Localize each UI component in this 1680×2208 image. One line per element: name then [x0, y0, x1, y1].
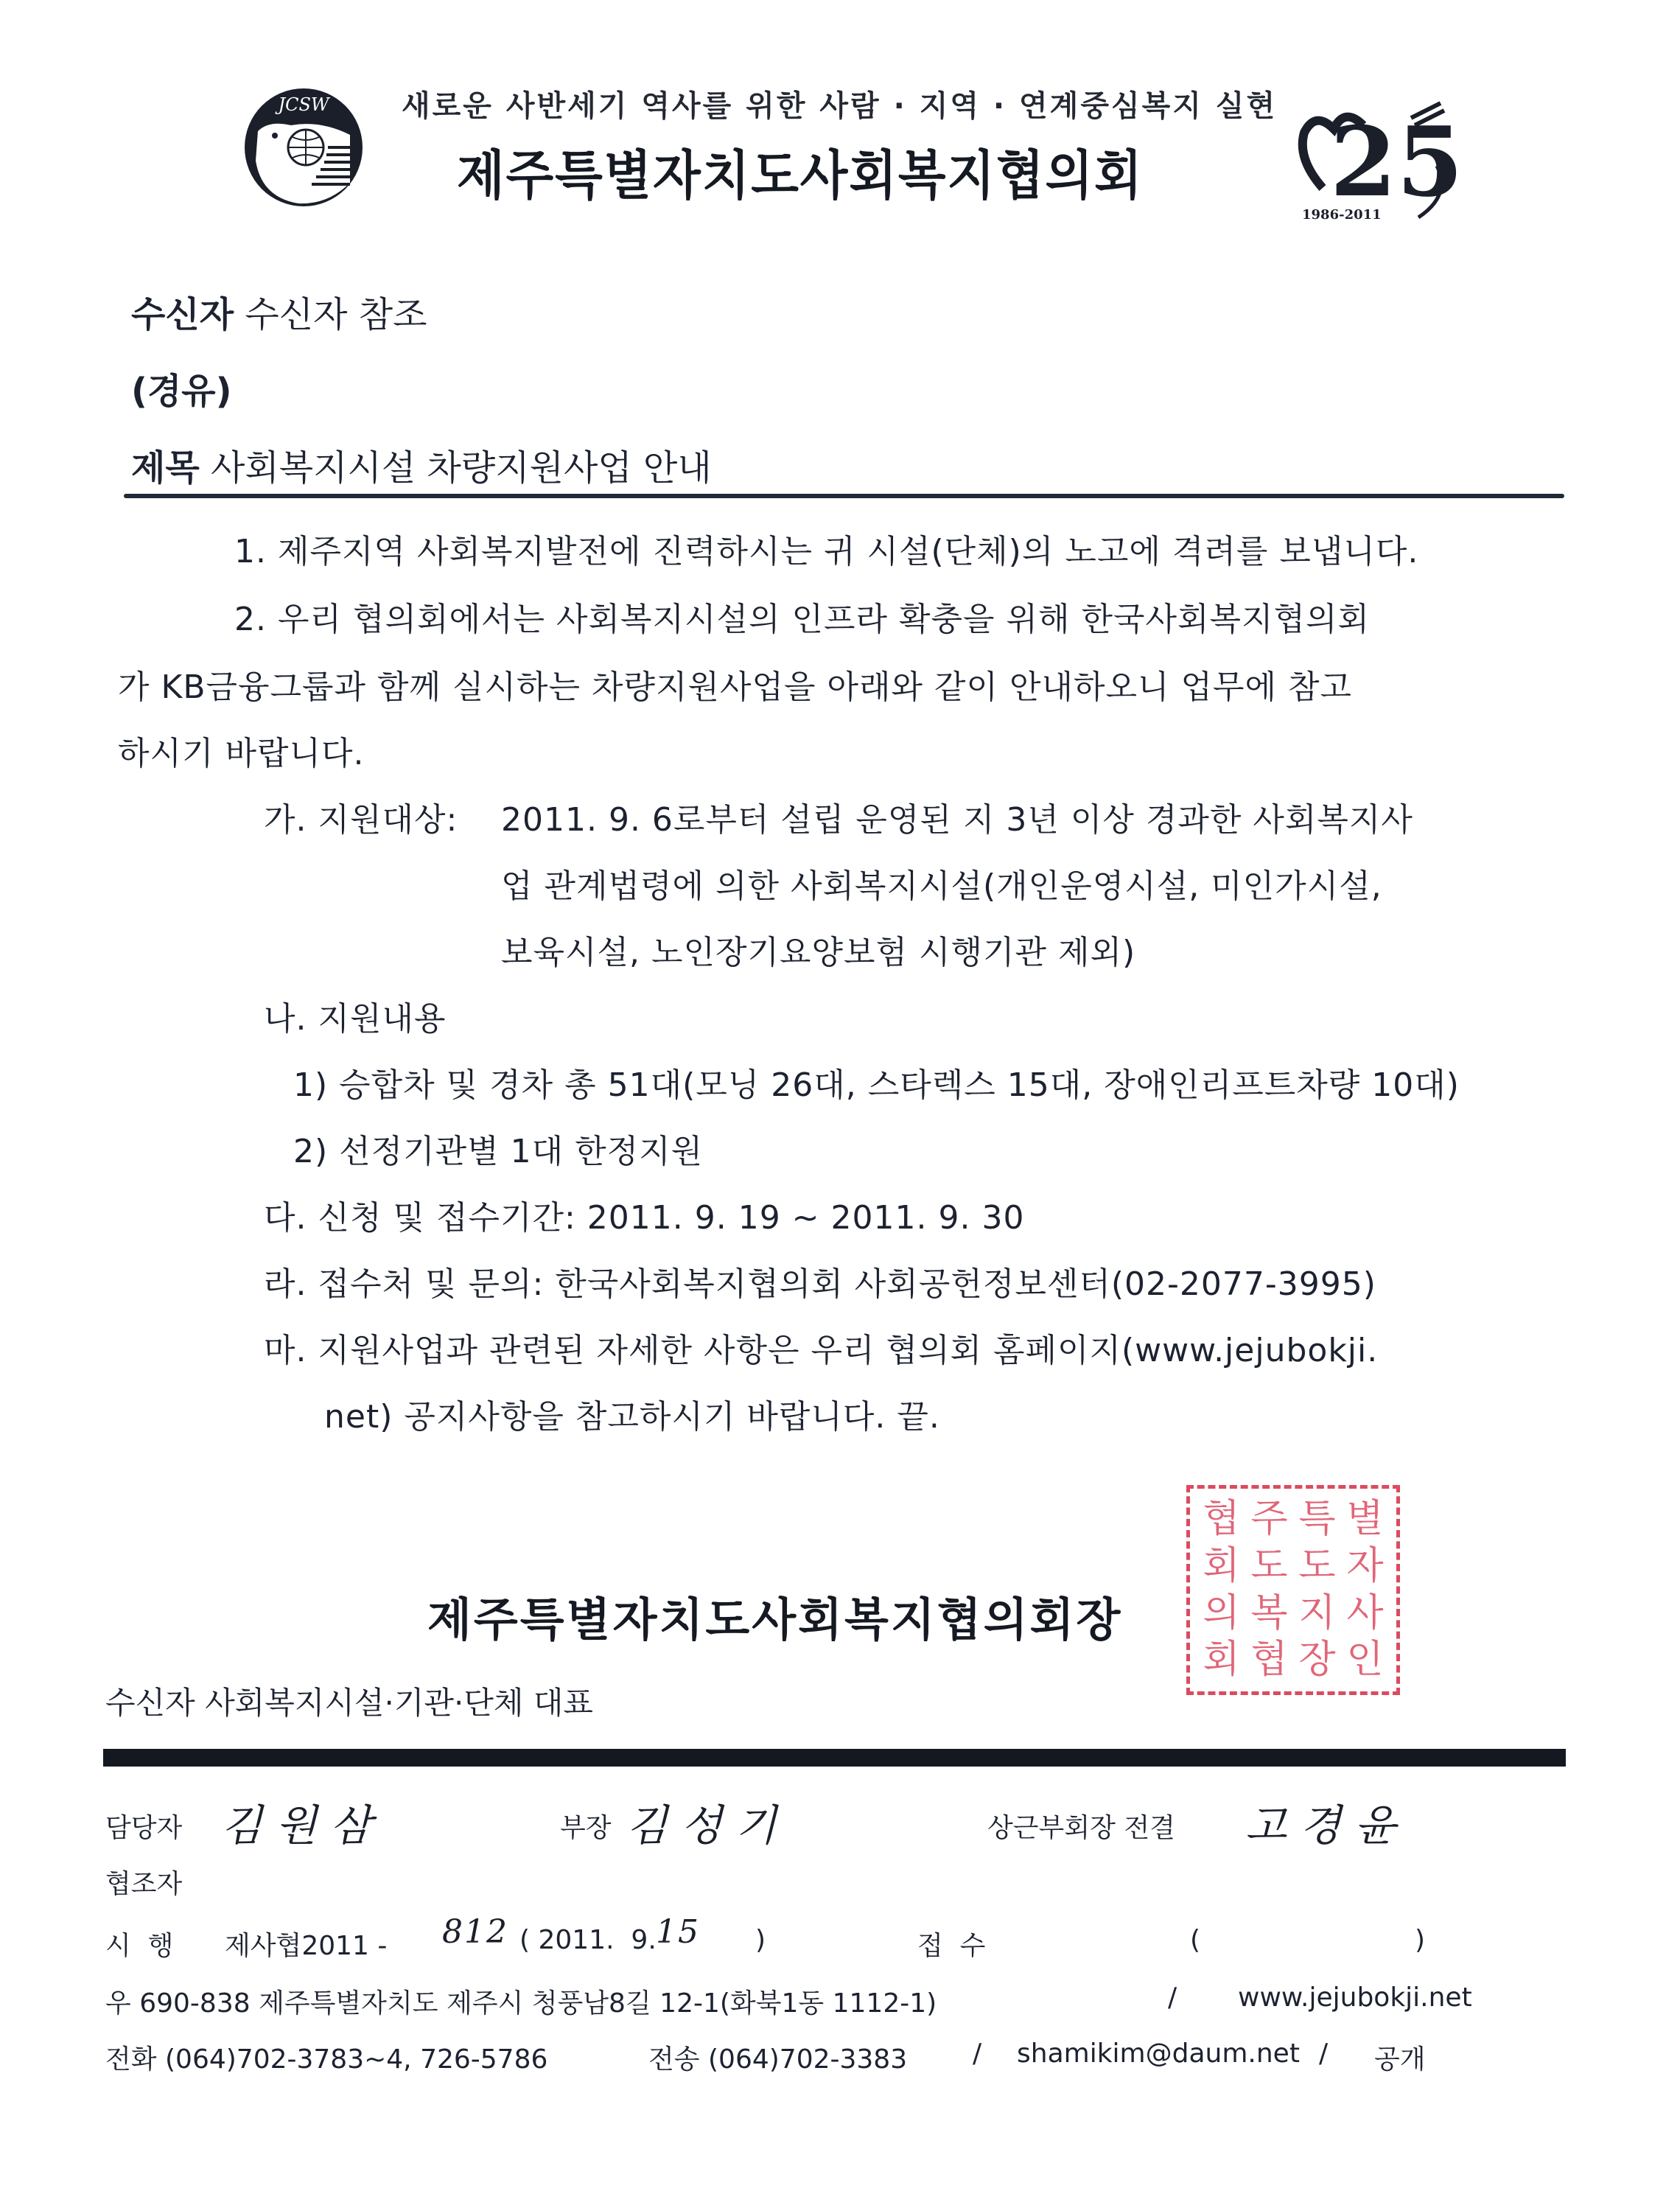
item-ma-line-1: 마. 지원사업과 관련된 자세한 사항은 우리 협의회 홈페이지(www.jej… — [264, 1324, 1378, 1371]
via-label: (경유) — [131, 371, 232, 412]
enforcement-date-close: ) — [755, 1925, 766, 1955]
svg-text:1986-2011: 1986-2011 — [1302, 207, 1382, 223]
subject-row: 제목 사회복지시설 차량지원사업 안내 — [131, 439, 712, 490]
svg-text:25: 25 — [1330, 105, 1463, 218]
manager-label: 부장 — [560, 1807, 612, 1845]
jcsw-logo-icon: JCSW — [239, 80, 368, 216]
receipt-close-paren: ) — [1415, 1925, 1425, 1955]
footer-divider — [103, 1749, 1566, 1767]
separator-1: / — [973, 2038, 981, 2069]
item-ga-line-2: 업 관계법령에 의한 사회복지시설(개인운영시설, 미인가시설, — [501, 859, 1382, 906]
signatory-title: 제주특별자치도사회복지협의회장 — [427, 1583, 1122, 1649]
enforcement-number-handwritten: 812 — [442, 1913, 508, 1951]
separator-2: / — [1319, 2038, 1328, 2069]
item-na-label: 나. 지원내용 — [264, 992, 447, 1039]
subject-label: 제목 — [131, 447, 200, 489]
address-separator: / — [1168, 1982, 1177, 2013]
vice-president-label: 상근부회장 전결 — [987, 1807, 1175, 1845]
manager-handwritten-signature: 김성기 — [626, 1791, 790, 1853]
enforcement-date: ( 2011. 9. — [519, 1925, 657, 1955]
paragraph-2-line-3: 하시기 바랍니다. — [118, 727, 365, 774]
recipient-label: 수신자 — [131, 294, 234, 335]
address: 우 690-838 제주특별자치도 제주시 청풍남8길 12-1(화북1동 11… — [105, 1982, 937, 2020]
paragraph-2-line-1: 2. 우리 협의회에서는 사회복지시설의 인프라 확충을 위해 한국사회복지협의… — [234, 593, 1370, 640]
fax: 전송 (064)702-3383 — [648, 2038, 907, 2076]
recipient-value: 수신자 참조 — [245, 294, 427, 335]
website-link[interactable]: www.jejubokji.net — [1238, 1982, 1472, 2013]
enforcement-number: 제사협2011 - — [225, 1925, 387, 1963]
via-row: (경유) — [131, 363, 232, 413]
enforcement-label: 시 행 — [105, 1925, 173, 1963]
item-da: 다. 신청 및 접수기간: 2011. 9. 19 ~ 2011. 9. 30 — [264, 1191, 1024, 1238]
recipient-row: 수신자 수신자 참조 — [131, 286, 427, 337]
email-link[interactable]: shamikim@daum.net — [1017, 2038, 1300, 2069]
staff-handwritten-signature: 김원삼 — [221, 1791, 385, 1853]
item-na-1: 1) 승합차 및 경차 총 51대(모닝 26대, 스타렉스 15대, 장애인리… — [293, 1058, 1460, 1105]
staff-label: 담당자 — [105, 1807, 182, 1845]
cooperator-label: 협조자 — [105, 1863, 182, 1901]
recipients-line: 수신자 사회복지시설·기관·단체 대표 — [105, 1679, 593, 1723]
slogan: 새로운 사반세기 역사를 위한 사람 · 지역 · 연계중심복지 실현 — [402, 83, 1277, 125]
phone: 전화 (064)702-3783~4, 726-5786 — [105, 2038, 547, 2076]
item-ra: 라. 접수처 및 문의: 한국사회복지협의회 사회공헌정보센터(02-2077-… — [264, 1257, 1376, 1304]
enforcement-date-handwritten: 15 — [656, 1913, 700, 1951]
paragraph-2-line-2: 가 KB금융그룹과 함께 실시하는 차량지원사업을 아래와 같이 안내하오니 업… — [118, 660, 1352, 708]
item-ma-line-2: net) 공지사항을 참고하시기 바랍니다. 끝. — [324, 1390, 940, 1437]
subject-value: 사회복지시설 차량지원사업 안내 — [211, 447, 712, 489]
item-ga-label: 가. 지원대상: — [264, 793, 458, 840]
paragraph-1: 1. 제주지역 사회복지발전에 진력하시는 귀 시설(단체)의 노고에 격려를 … — [234, 525, 1418, 572]
item-na-2: 2) 선정기관별 1대 한정지원 — [293, 1125, 703, 1172]
item-ga-line-3: 보육시설, 노인장기요양보험 시행기관 제외) — [501, 926, 1135, 973]
organization-title: 제주특별자치도사회복지협의회 — [457, 133, 1144, 209]
svg-text:JCSW: JCSW — [274, 94, 330, 115]
vice-president-handwritten-signature: 고경윤 — [1245, 1791, 1409, 1853]
item-ga-line-1: 2011. 9. 6로부터 설립 운영된 지 3년 이상 경과한 사회복지사 — [501, 793, 1413, 840]
disclosure-status: 공개 — [1374, 2038, 1426, 2076]
receipt-label: 접 수 — [917, 1925, 985, 1963]
anniversary-25-logo-icon: 25 1986-2011 — [1293, 92, 1463, 225]
header-divider — [124, 494, 1564, 498]
receipt-open-paren: ( — [1190, 1925, 1200, 1955]
official-seal-stamp: 협주특별 회도도자 의복지사 회협장인 — [1186, 1485, 1400, 1695]
